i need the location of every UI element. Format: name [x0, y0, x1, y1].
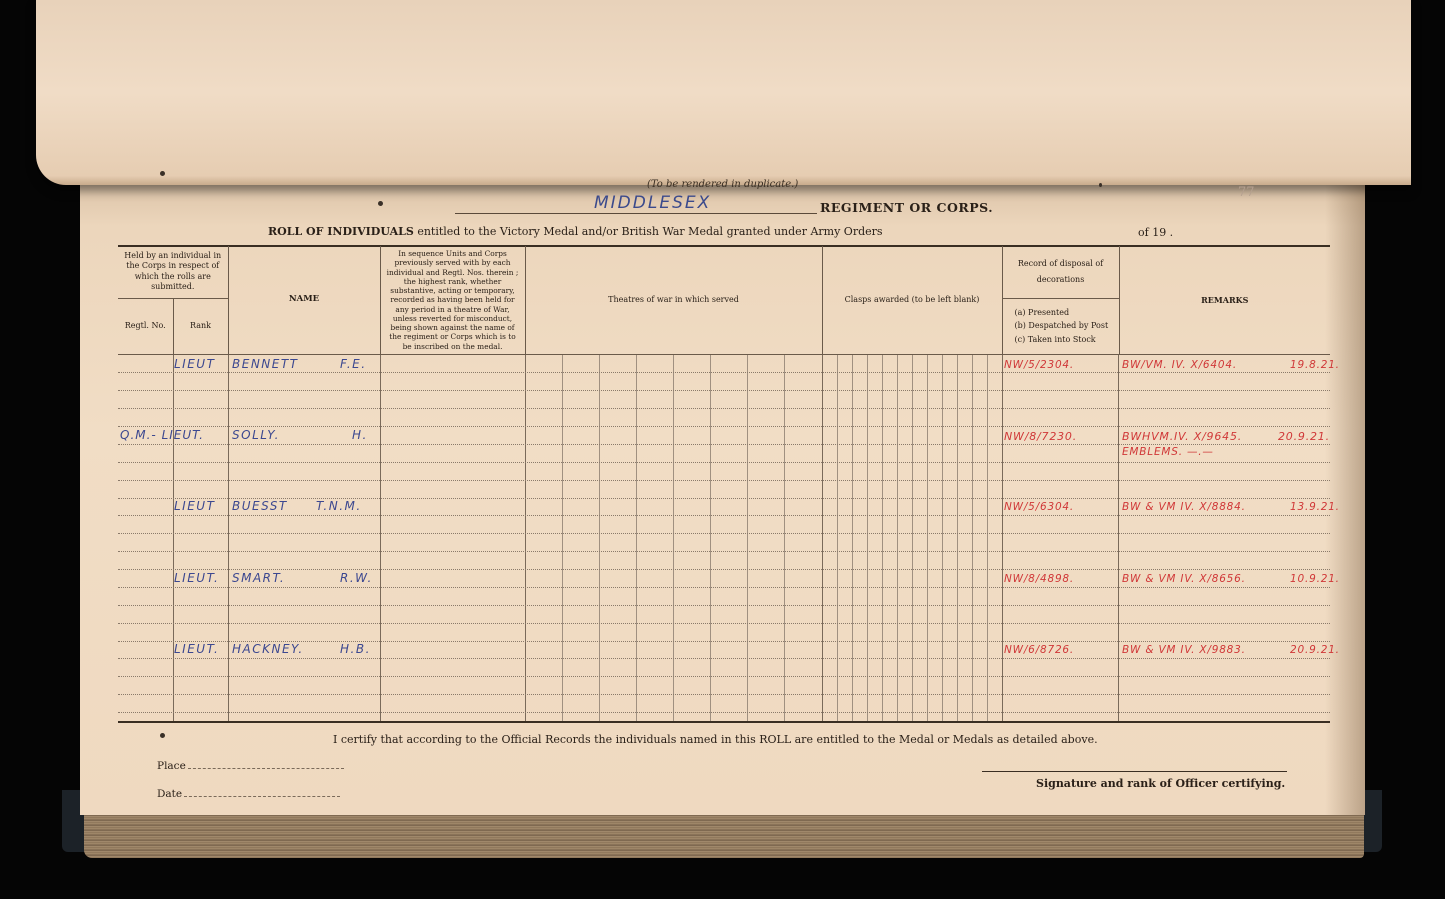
entry-rank: LIEUT. — [174, 642, 219, 656]
theatre-col-divider — [599, 355, 600, 721]
entry-name: BENNETT — [232, 357, 299, 371]
disposal-options: (a) Presented (b) Despatched by Post (c)… — [1002, 298, 1119, 354]
ruled-line — [118, 444, 1330, 445]
units-header: In sequence Units and Corps previously s… — [380, 246, 525, 354]
entry-remarks: BW/VM. IV. X/6404. — [1122, 359, 1237, 371]
date-label: Date — [157, 788, 182, 800]
disposal-option-b: (b) Despatched by Post — [1015, 319, 1119, 333]
entry-name: SOLLY. — [232, 428, 280, 442]
entry-remarks: BWHVM.IV. X/9645. — [1122, 430, 1242, 443]
date-field[interactable]: Date — [157, 788, 340, 800]
clasp-col-divider — [957, 355, 958, 721]
ruled-line — [118, 498, 1330, 499]
signature-label: Signature and rank of Officer certifying… — [1036, 777, 1285, 790]
entry-rank: LIEUT — [174, 499, 215, 513]
table-bottom-rule — [118, 721, 1330, 723]
roll-table-body: LIEUT BENNETT F.E. NW/5/2304. BW/VM. IV.… — [118, 355, 1330, 721]
entry-disposal: NW/5/6304. — [1004, 501, 1074, 513]
ruled-line — [118, 587, 1330, 588]
ruled-line — [118, 658, 1330, 659]
ruled-line — [118, 462, 1330, 463]
entry-rank: LIEUT — [174, 357, 215, 371]
roll-table-header: Held by an individual in the Corps in re… — [118, 246, 1330, 354]
clasp-col-divider — [912, 355, 913, 721]
entry-rank: LIEUT. — [174, 571, 219, 585]
entry-name: HACKNEY. — [232, 642, 304, 656]
col-divider — [525, 355, 526, 721]
rank-header: Rank — [173, 298, 228, 354]
entry-disposal: NW/5/2304. — [1004, 359, 1074, 371]
col-divider — [228, 355, 229, 721]
regtl-no-header: Regtl. No. — [118, 298, 173, 354]
certification-text: I certify that according to the Official… — [333, 733, 1098, 746]
ruled-line — [118, 480, 1330, 481]
col-divider — [380, 355, 381, 721]
ruled-line — [118, 569, 1330, 570]
date-line[interactable] — [184, 796, 340, 797]
clasp-col-divider — [927, 355, 928, 721]
page-edges — [84, 812, 1364, 858]
clasps-header: Clasps awarded (to be left blank) — [822, 246, 1002, 354]
name-header: NAME — [228, 246, 380, 354]
entry-date: 10.9.21. — [1290, 573, 1340, 585]
entry-date: 13.9.21. — [1290, 501, 1340, 513]
clasp-col-divider — [867, 355, 868, 721]
col-divider — [1118, 355, 1119, 721]
clasp-col-divider — [987, 355, 988, 721]
theatre-col-divider — [747, 355, 748, 721]
duplicate-note: (To be rendered in duplicate.) — [647, 179, 798, 190]
entry-initials: R.W. — [340, 571, 373, 585]
ruled-line — [118, 408, 1330, 409]
disposal-header: Record of disposal of decorations — [1002, 246, 1119, 298]
entry-initials: H. — [352, 428, 368, 442]
disposal-option-c: (c) Taken into Stock — [1015, 333, 1119, 347]
ruled-line — [118, 551, 1330, 552]
entry-date: 20.9.21. — [1278, 430, 1330, 443]
col-divider — [822, 355, 823, 721]
page-number: 77 — [1238, 185, 1255, 200]
regiment-value: MIDDLESEX — [594, 193, 711, 213]
place-label: Place — [157, 760, 186, 772]
entry-rank: Q.M.- LIEUT. — [120, 428, 204, 442]
signature-line[interactable] — [982, 771, 1287, 772]
clasp-col-divider — [852, 355, 853, 721]
regiment-line — [455, 213, 817, 214]
ruled-line — [118, 426, 1330, 427]
disposal-option-a: (a) Presented — [1015, 306, 1119, 320]
ruled-line — [118, 623, 1330, 624]
entry-name: SMART. — [232, 571, 285, 585]
binding-hole — [378, 201, 383, 206]
theatre-col-divider — [636, 355, 637, 721]
theatres-header: Theatres of war in which served — [525, 246, 822, 354]
ruled-line — [118, 712, 1330, 713]
roll-title: ROLL OF INDIVIDUALS entitled to the Vict… — [268, 225, 883, 238]
entry-remarks-line2: EMBLEMS. —.— — [1122, 446, 1214, 458]
place-field[interactable]: Place — [157, 760, 344, 772]
ruled-line — [118, 372, 1330, 373]
turned-page — [36, 0, 1411, 185]
roll-title-bold: ROLL OF INDIVIDUALS — [268, 225, 414, 238]
entry-date: 20.9.21. — [1290, 644, 1340, 656]
ruled-line — [118, 515, 1330, 516]
entry-disposal: NW/6/8726. — [1004, 644, 1074, 656]
theatre-col-divider — [673, 355, 674, 721]
entry-remarks: BW & VM IV. X/9883. — [1122, 644, 1246, 656]
entry-disposal: NW/8/4898. — [1004, 573, 1074, 585]
col-divider — [1002, 355, 1003, 721]
ruled-line — [118, 694, 1330, 695]
entry-date: 19.8.21. — [1290, 359, 1340, 371]
held-by-header: Held by an individual in the Corps in re… — [118, 246, 228, 298]
entry-remarks: BW & VM IV. X/8884. — [1122, 501, 1246, 513]
regiment-label: REGIMENT OR CORPS. — [820, 200, 993, 215]
place-line[interactable] — [188, 768, 344, 769]
theatre-col-divider — [562, 355, 563, 721]
binding-hole — [1099, 183, 1102, 187]
binding-hole — [160, 733, 165, 738]
clasp-col-divider — [972, 355, 973, 721]
entry-disposal: NW/8/7230. — [1004, 430, 1077, 443]
theatre-col-divider — [784, 355, 785, 721]
col-divider — [173, 355, 174, 721]
roll-title-rest: entitled to the Victory Medal and/or Bri… — [414, 225, 883, 238]
ruled-line — [118, 533, 1330, 534]
remarks-header: REMARKS — [1119, 246, 1330, 354]
clasp-col-divider — [837, 355, 838, 721]
ruled-line — [118, 605, 1330, 606]
of-year: of 19 . — [1138, 226, 1173, 239]
ruled-line — [118, 676, 1330, 677]
entry-initials: T.N.M. — [316, 499, 362, 513]
clasp-col-divider — [882, 355, 883, 721]
ruled-line — [118, 390, 1330, 391]
clasp-col-divider — [942, 355, 943, 721]
entry-name: BUESST — [232, 499, 288, 513]
entry-initials: F.E. — [340, 357, 367, 371]
clasp-col-divider — [897, 355, 898, 721]
entry-remarks: BW & VM IV. X/8656. — [1122, 573, 1246, 585]
theatre-col-divider — [710, 355, 711, 721]
entry-initials: H.B. — [340, 642, 371, 656]
binding-hole — [160, 171, 165, 176]
